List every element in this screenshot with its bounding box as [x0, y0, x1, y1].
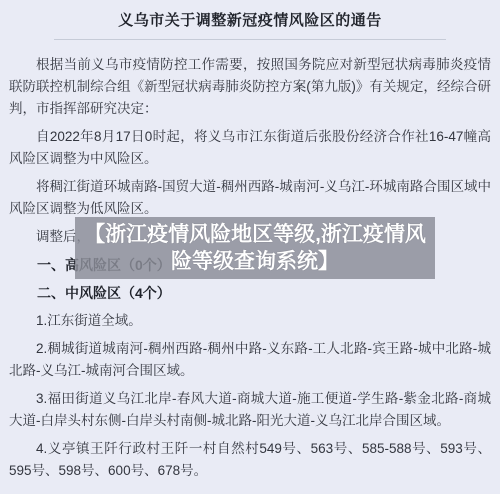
- medium-risk-item-2: 2.稠城街道城南河-稠州西路-稠州中路-义东路-工人北路-宾王路-城中北路-城北…: [9, 338, 491, 382]
- medium-risk-item-1: 1.江东街道全域。: [9, 310, 491, 332]
- adjustment-paragraph-high-to-medium: 自2022年8月17日0时起，将义乌市江东街道后张股份经济合作社16-47幢高风…: [9, 126, 491, 170]
- watermark-text: 【浙江疫情风险地区等级,浙江疫情风险等级查询系统】: [79, 221, 431, 275]
- notice-document: 义乌市关于调整新冠疫情风险区的通告 根据当前义乌市疫情防控工作需要，按照国务院应…: [0, 11, 500, 482]
- medium-risk-section-heading: 二、中风险区（4个）: [9, 282, 491, 304]
- adjustment-paragraph-medium-to-low: 将稠江街道环城南路-国贸大道-稠州西路-城南河-义乌江-环城南路合围区域中风险区…: [9, 176, 491, 220]
- title-divider: [54, 39, 446, 40]
- medium-risk-item-4: 4.义亭镇王阡行政村王阡一村自然村549号、563号、585-588号、593号…: [9, 438, 491, 482]
- page-title: 义乌市关于调整新冠疫情风险区的通告: [10, 11, 490, 31]
- intro-paragraph: 根据当前义乌市疫情防控工作需要，按照国务院应对新型冠状病毒肺炎疫情联防联控机制综…: [9, 54, 491, 120]
- medium-risk-item-3: 3.福田街道义乌江北岸-春风大道-商城大道-施工便道-学生路-紫金北路-商城大道…: [9, 388, 491, 432]
- watermark-overlay: 【浙江疫情风险地区等级,浙江疫情风险等级查询系统】: [75, 217, 435, 279]
